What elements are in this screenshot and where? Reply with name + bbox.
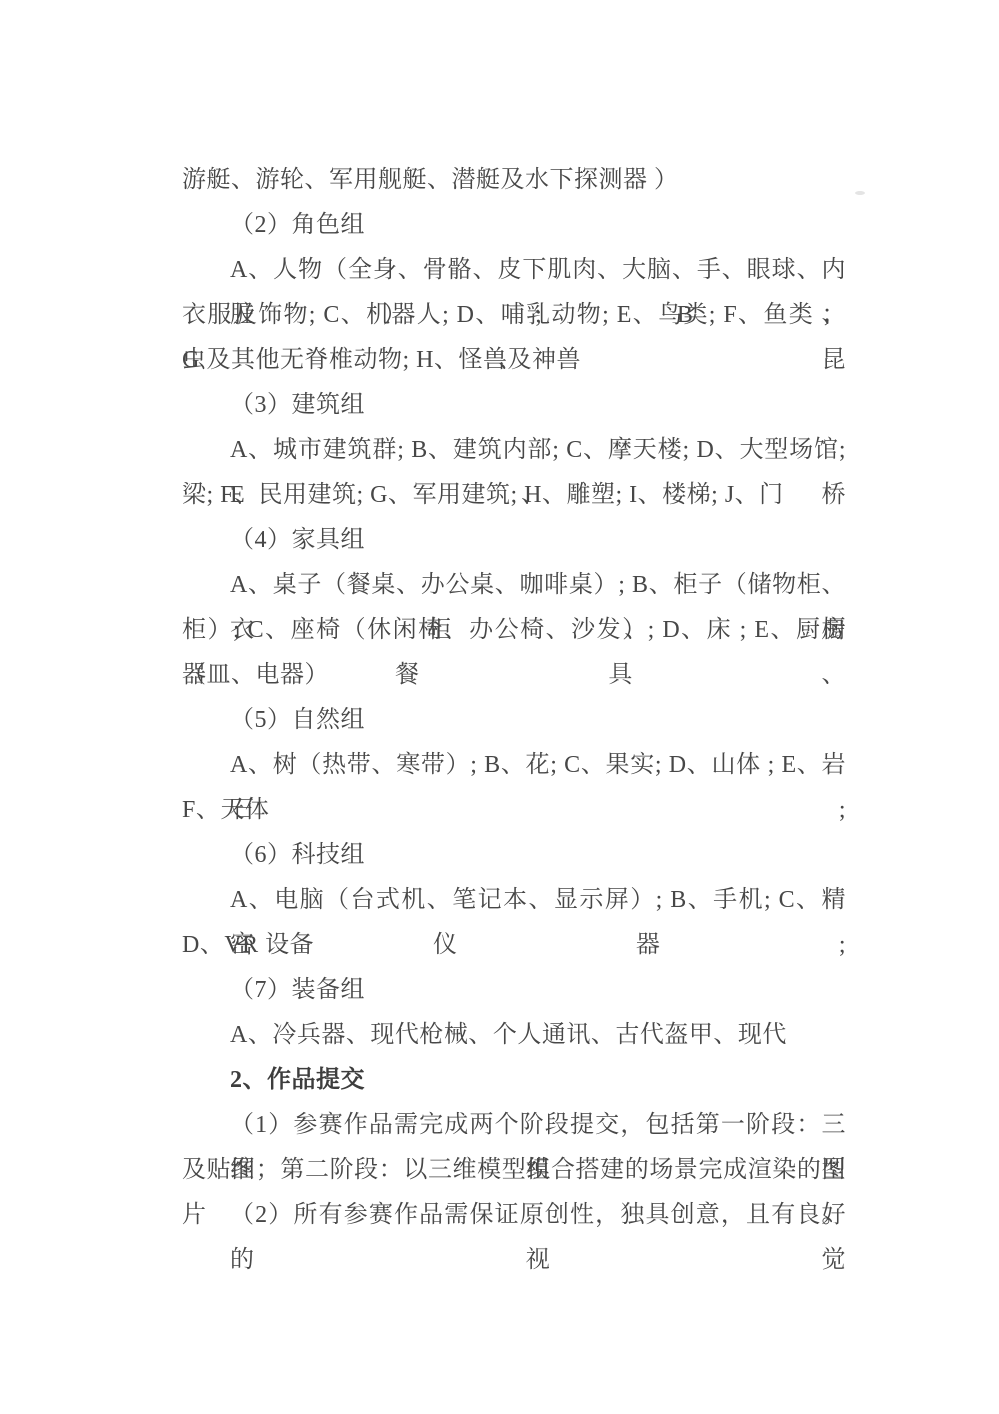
text-line: （1）参赛作品需完成两个阶段提交，包括第一阶段：三维模型 <box>182 1103 846 1148</box>
text-line: A、电脑（台式机、笔记本、显示屏）; B、手机; C、精密仪器; <box>182 878 846 923</box>
text-line: 柜）; C、座椅（休闲椅、办公椅、沙发）; D、床 ; E、厨房（餐具、 <box>182 608 846 653</box>
document-text: 游艇、游轮、军用舰艇、潜艇及水下探测器 ） （2）角色组 A、人物（全身、骨骼、… <box>182 158 846 1238</box>
heading-submission: 2、作品提交 <box>182 1058 846 1103</box>
section-heading-tech: （6）科技组 <box>182 833 846 878</box>
text-line: 梁; F、民用建筑; G、军用建筑; H、雕塑; I、楼梯; J、门 <box>182 473 846 518</box>
document-page: 游艇、游轮、军用舰艇、潜艇及水下探测器 ） （2）角色组 A、人物（全身、骨骼、… <box>0 0 999 1414</box>
text-line: A、树（热带、寒带）; B、花; C、果实; D、山体 ; E、岩石; <box>182 743 846 788</box>
section-heading-building: （3）建筑组 <box>182 383 846 428</box>
scan-artifact <box>855 191 865 195</box>
text-line: （2）所有参赛作品需保证原创性，独具创意，且有良好的视觉 <box>182 1193 846 1238</box>
text-line: A、冷兵器、现代枪械、个人通讯、古代盔甲、现代 <box>182 1013 846 1058</box>
text-line: 及贴图；第二阶段：以三维模型组合搭建的场景完成渲染的图片。 <box>182 1148 846 1193</box>
text-line: A、桌子（餐桌、办公桌、咖啡桌）; B、柜子（储物柜、衣柜、橱 <box>182 563 846 608</box>
text-line: A、城市建筑群; B、建筑内部; C、摩天楼; D、大型场馆; E、桥 <box>182 428 846 473</box>
section-heading-nature: （5）自然组 <box>182 698 846 743</box>
text-line: 衣服及饰物; C、机器人; D、哺乳动物; E、鸟类; F、鱼类 ； G、昆 <box>182 293 846 338</box>
section-heading-furniture: （4）家具组 <box>182 518 846 563</box>
section-heading-equipment: （7）装备组 <box>182 968 846 1013</box>
text-line: 游艇、游轮、军用舰艇、潜艇及水下探测器 ） <box>182 158 846 203</box>
text-line: A、人物（全身、骨骼、皮下肌肉、大脑、手、眼球、内脏）; B、 <box>182 248 846 293</box>
section-heading-role: （2）角色组 <box>182 203 846 248</box>
